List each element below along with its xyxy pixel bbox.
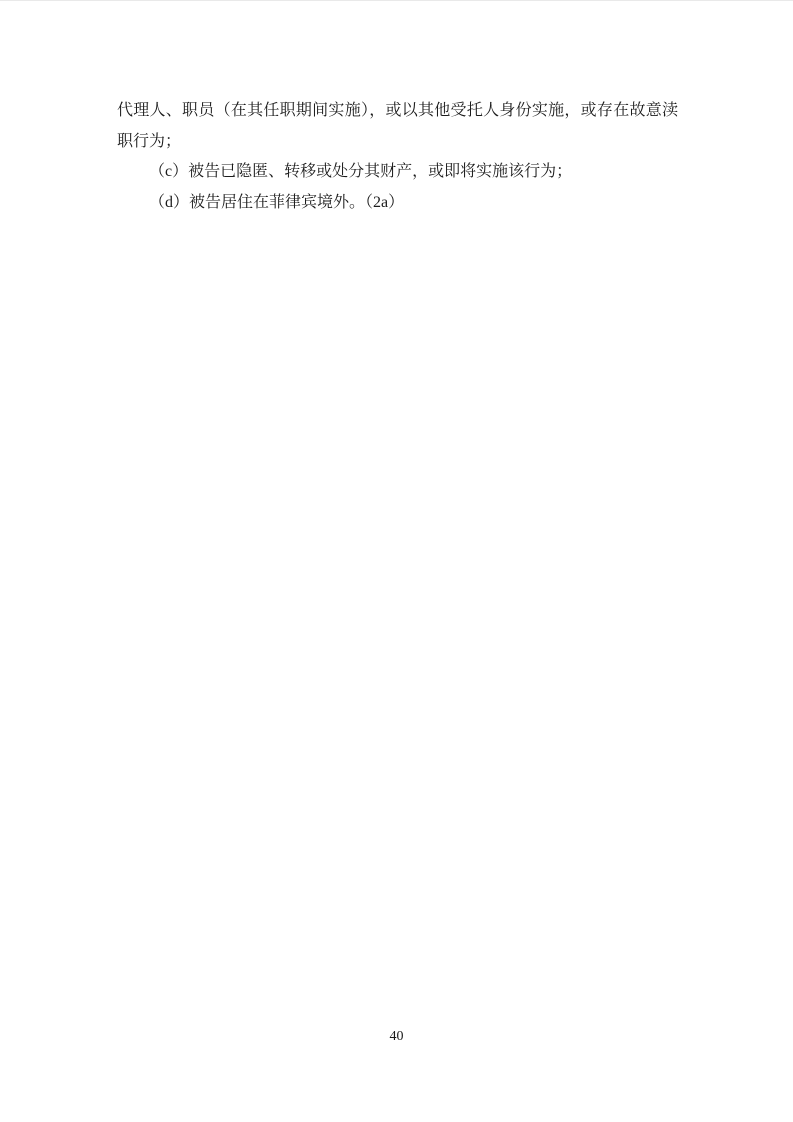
list-item-d: （d）被告居住在菲律宾境外。（2a） (117, 188, 678, 219)
document-body: 代理人、职员（在其任职期间实施），或以其他受托人身份实施，或存在故意渎 职行为；… (117, 96, 678, 218)
page-number: 40 (0, 1029, 793, 1045)
paragraph-line-2: 职行为； (117, 127, 678, 158)
paragraph-line-1: 代理人、职员（在其任职期间实施），或以其他受托人身份实施，或存在故意渎 (117, 96, 678, 127)
list-item-c: （c）被告已隐匿、转移或处分其财产，或即将实施该行为； (117, 157, 678, 188)
document-page: 代理人、职员（在其任职期间实施），或以其他受托人身份实施，或存在故意渎 职行为；… (0, 0, 793, 1122)
